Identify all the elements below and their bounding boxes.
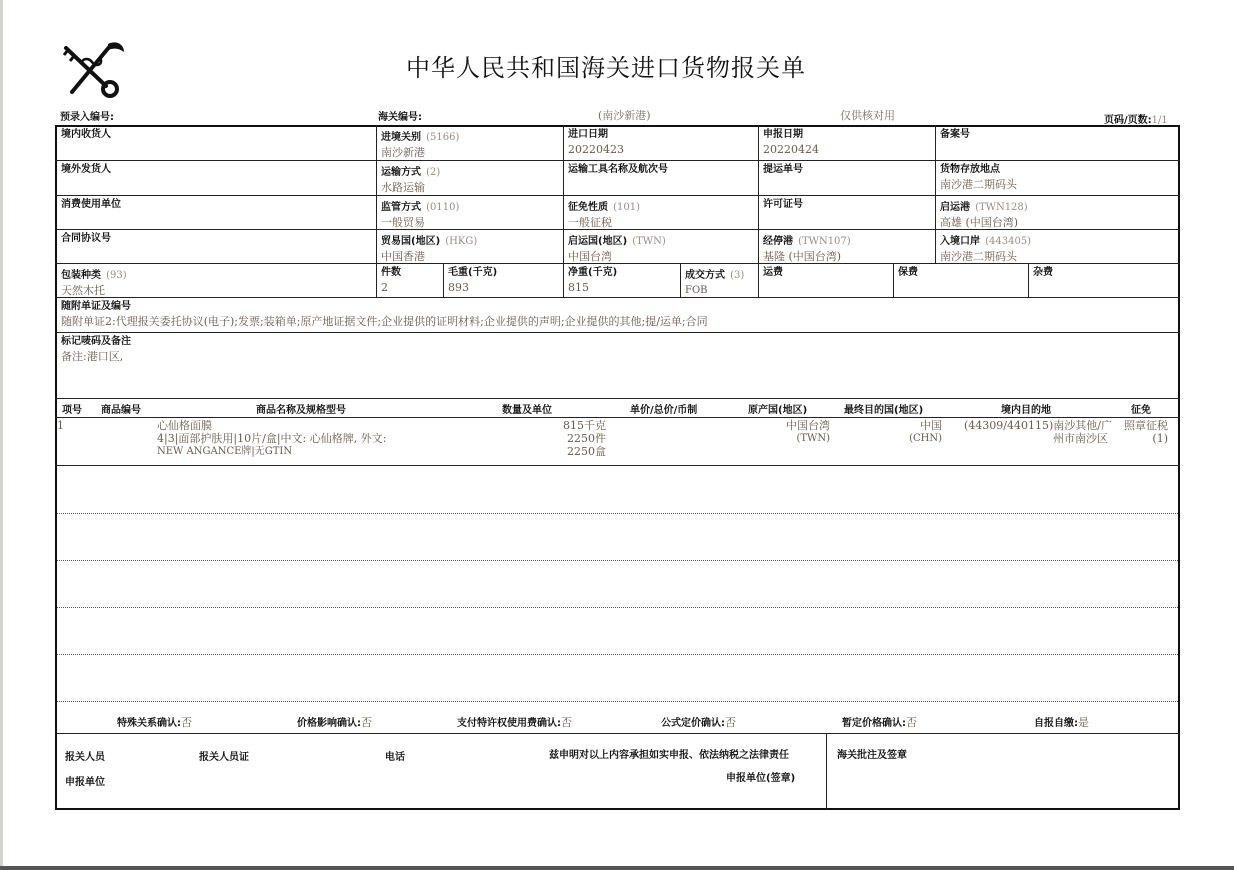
item-levy: 照章征税 (1): [1114, 419, 1168, 445]
declaration-statement: 兹申明对以上内容承担如实申报、依法纳税之法律责任: [549, 746, 789, 761]
field-transaction-mode: 成交方式 (3) FOB: [681, 264, 758, 300]
declaring-unit-label: 申报单位: [65, 773, 105, 788]
field-record-no: 备案号: [936, 126, 1178, 144]
col-header-name-spec: 商品名称及规格型号: [256, 401, 346, 416]
item-dest-country: 中国 (CHN): [900, 419, 942, 445]
declaring-unit-seal-label: 申报单位(签章): [726, 769, 795, 784]
field-net-weight: 净重(千克) 815: [564, 264, 680, 297]
field-transport-mode: 运输方式 (2) 水路运输: [377, 161, 563, 197]
field-documents: 随附单证及编号 随附单证2:代理报关委托协议(电子);发票;装箱单;原产地证据文…: [57, 298, 1177, 331]
field-bill-of-lading: 提运单号: [759, 161, 935, 179]
declarant-label: 报关人员: [65, 748, 105, 763]
field-vessel-voyage: 运输工具名称及航次号: [564, 161, 758, 179]
field-consignee: 境内收货人: [57, 126, 375, 144]
verification-note: 仅供核对用: [840, 107, 895, 123]
field-package-type: 包装种类 (93) 天然木托: [57, 264, 375, 300]
field-packages: 件数 2: [377, 264, 443, 297]
item-domestic-dest: (44309/440115)南沙其他/广 州市南沙区: [942, 419, 1112, 445]
field-insurance: 保费: [894, 264, 1028, 282]
field-freight: 运费: [759, 264, 893, 282]
page-edge: [0, 866, 1234, 870]
field-contract-no: 合同协议号: [57, 230, 375, 248]
confirm-price-influence: 价格影响确认:否: [297, 711, 372, 730]
col-header-origin: 原产国(地区): [748, 401, 807, 416]
phone-label: 电话: [385, 748, 405, 763]
customs-no-label: 海关编号:: [378, 108, 422, 123]
field-declare-date: 申报日期 20220424: [759, 126, 935, 159]
field-transit-port: 经停港 (TWN107) 基隆 (中国台湾): [759, 230, 935, 266]
confirm-special-relation: 特殊关系确认:否: [117, 711, 192, 730]
field-consignor: 境外发货人: [57, 161, 375, 179]
customs-emblem-icon: [58, 38, 126, 100]
item-name-spec: 心仙格面膜 4|3|面部护肤用|10片/盒|中文: 心仙格牌, 外文: NEW …: [157, 419, 386, 458]
field-supervision-mode: 监管方式 (0110) 一般贸易: [377, 196, 563, 232]
col-header-item-no: 项号: [62, 401, 82, 416]
col-header-quantity: 数量及单位: [502, 401, 552, 416]
page-edge: [0, 0, 3, 870]
field-consumer-unit: 消费使用单位: [57, 196, 375, 214]
confirm-provisional-price: 暂定价格确认:否: [842, 711, 917, 730]
field-entry-port: 入境口岸 (443405) 南沙港二期码头: [936, 230, 1178, 266]
field-misc-fees: 杂费: [1029, 264, 1178, 282]
item-quantity: 815千克 2250件 2250盒: [540, 419, 606, 458]
field-storage-place: 货物存放地点 南沙港二期码头: [936, 161, 1178, 194]
document-title: 中华人民共和国海关进口货物报关单: [406, 48, 806, 83]
field-license-no: 许可证号: [759, 196, 935, 214]
customs-port: (南沙新港): [598, 107, 651, 123]
customs-approval-label: 海关批注及签章: [837, 746, 907, 761]
declarant-cert-label: 报关人员证: [199, 748, 249, 763]
confirm-formula-pricing: 公式定价确认:否: [661, 711, 736, 730]
field-import-date: 进口日期 20220423: [564, 126, 758, 159]
field-entry-customs: 进境关别 (5166) 南沙新港: [377, 126, 563, 162]
col-header-levy: 征免: [1131, 401, 1151, 416]
confirm-royalty: 支付特许权使用费确认:否: [457, 711, 572, 730]
field-gross-weight: 毛重(千克) 893: [444, 264, 563, 297]
col-header-dest-country: 最终目的国(地区): [844, 401, 923, 416]
col-header-hs-code: 商品编号: [101, 401, 141, 416]
confirm-self-declare: 自报自缴:是: [1034, 711, 1089, 730]
field-levy-nature: 征免性质 (101) 一般征税: [564, 196, 758, 232]
field-trade-country: 贸易国(地区) (HKG) 中国香港: [377, 230, 563, 266]
item-no: 1: [57, 419, 64, 432]
field-departure-country: 启运国(地区) (TWN) 中国台湾: [564, 230, 758, 266]
field-marks: 标记唛码及备注 备注:港口区,: [57, 333, 1177, 366]
pre-entry-no-label: 预录入编号:: [60, 108, 114, 123]
col-header-domestic-dest: 境内目的地: [1001, 401, 1051, 416]
item-origin: 中国台湾 (TWN): [760, 419, 830, 445]
col-header-price: 单价/总价/币制: [630, 401, 697, 416]
field-departure-port: 启运港 (TWN128) 高雄 (中国台湾): [936, 196, 1178, 232]
